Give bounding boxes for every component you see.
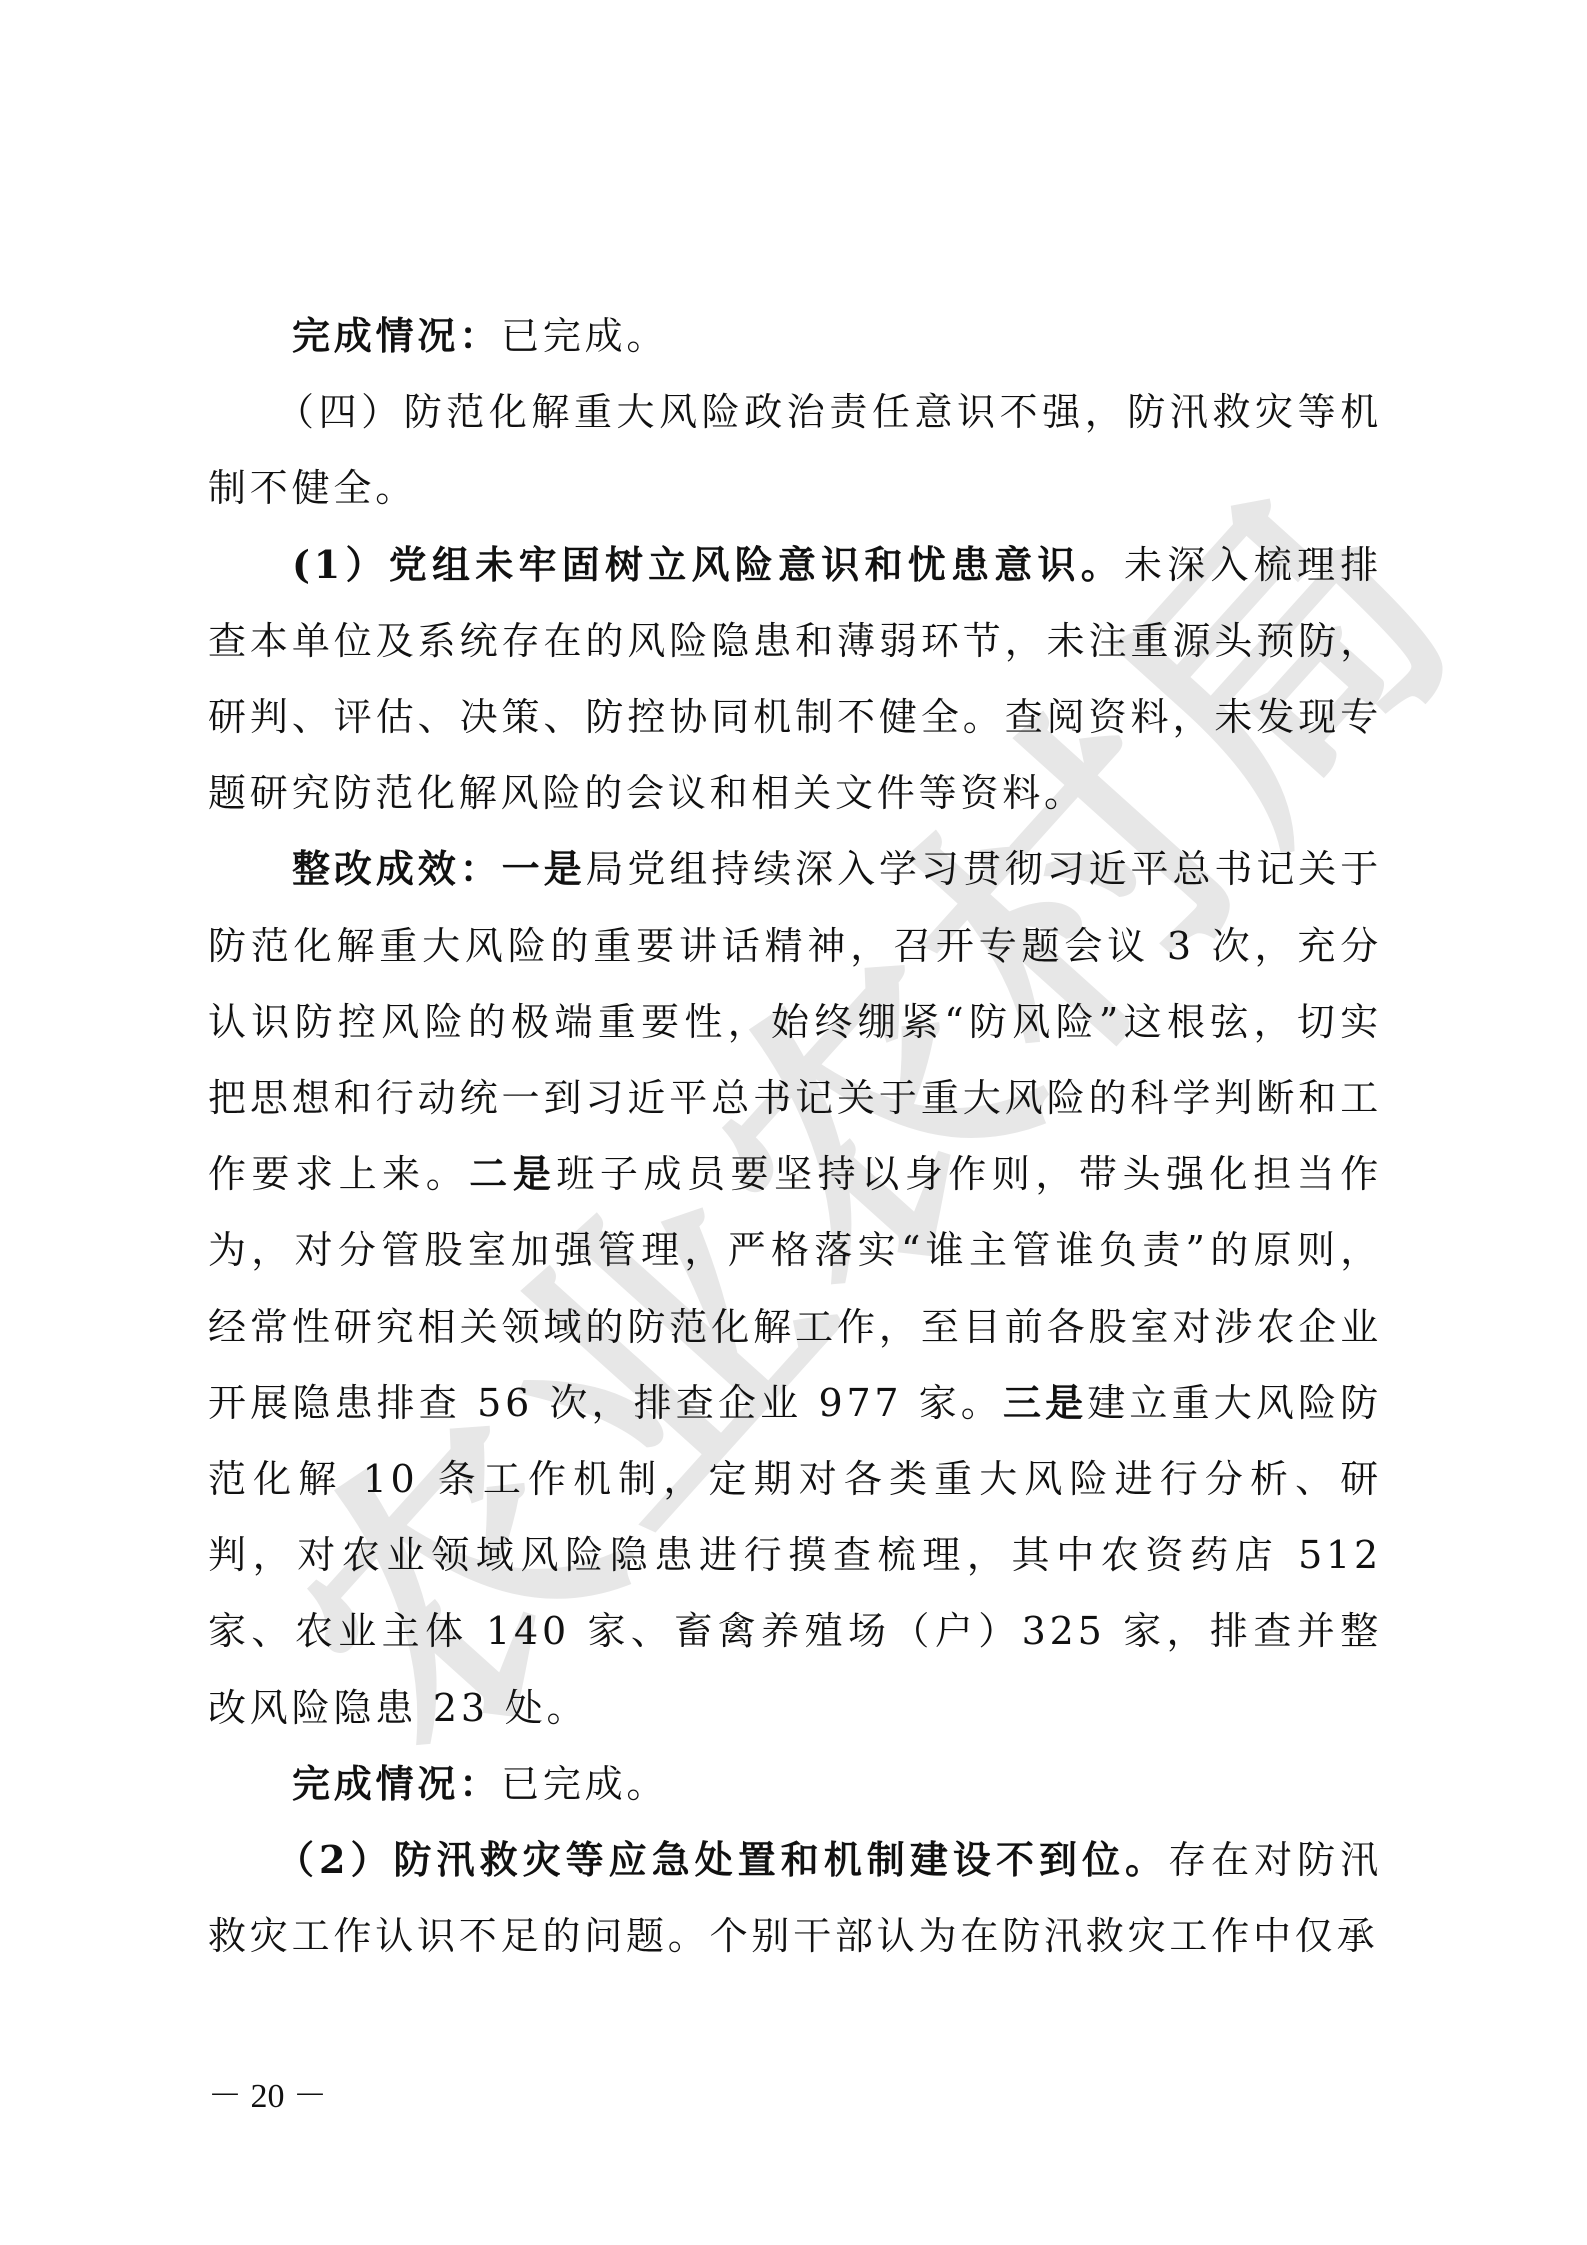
completion-value: 已完成。 xyxy=(501,1762,668,1806)
rectification-label-first: 整改成效：一是 xyxy=(292,846,586,891)
rectification-third-body: 建立重大风险防范化解 10 条工作机制，定期对各类重大风险进行分析、研判，对农业… xyxy=(208,1381,1382,1730)
completion-label: 完成情况： xyxy=(292,313,501,358)
issue-two-title: （2）防汛救灾等应急处置和机制建设不到位。 xyxy=(276,1837,1168,1882)
rectification-label-second: 二是 xyxy=(469,1151,556,1196)
section-heading-four: （四）防范化解重大风险政治责任意识不强，防汛救灾等机制不健全。 xyxy=(208,374,1382,526)
document-body: 完成情况：已完成。 （四）防范化解重大风险政治责任意识不强，防汛救灾等机制不健全… xyxy=(208,298,1382,1974)
section-heading-text: （四）防范化解重大风险政治责任意识不强，防汛救灾等机制不健全。 xyxy=(208,390,1382,510)
rectification-label-third: 三是 xyxy=(1003,1380,1087,1425)
issue-one-paragraph: (1）党组未牢固树立风险意识和忧患意识。未深入梳理排查本单位及系统存在的风险隐患… xyxy=(208,527,1382,832)
rectification-first-body: 局党组持续深入学习贯彻习近平总书记关于防范化解重大风险的重要讲话精神，召开专题会… xyxy=(208,847,1382,1196)
completion-label: 完成情况： xyxy=(292,1761,501,1806)
issue-two-paragraph: （2）防汛救灾等应急处置和机制建设不到位。存在对防汛救灾工作认识不足的问题。个别… xyxy=(208,1822,1382,1974)
completion-value: 已完成。 xyxy=(501,314,668,358)
completion-status-paragraph-2: 完成情况：已完成。 xyxy=(208,1746,1382,1822)
completion-status-paragraph: 完成情况：已完成。 xyxy=(208,298,1382,374)
rectification-results-paragraph: 整改成效：一是局党组持续深入学习贯彻习近平总书记关于防范化解重大风险的重要讲话精… xyxy=(208,831,1382,1745)
issue-one-title: (1）党组未牢固树立风险意识和忧患意识。 xyxy=(292,542,1124,587)
page-number: － 20 － xyxy=(208,2068,327,2117)
